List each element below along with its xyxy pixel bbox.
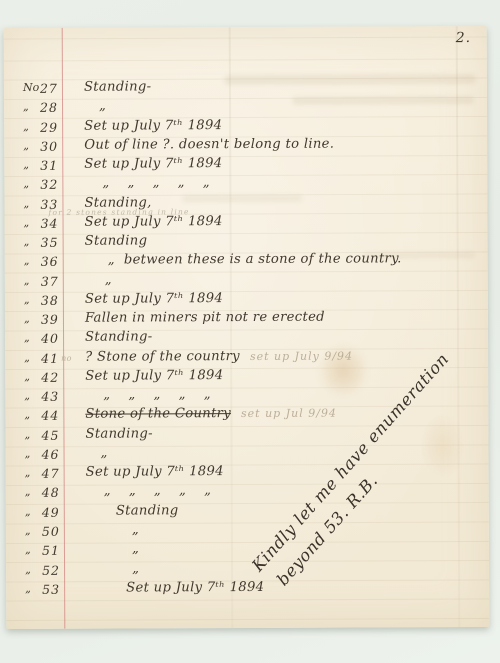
row-entry-text: „ between these is a stone of the countr… bbox=[108, 252, 402, 268]
row-entry-text: Set up July 7ᵗʰ 1894 bbox=[126, 580, 264, 596]
row-number: 45 bbox=[41, 427, 59, 442]
row-number: 37 bbox=[41, 273, 59, 288]
row-number-ditto: „ bbox=[24, 312, 30, 325]
row-number: 53 bbox=[42, 582, 60, 597]
row-entry-text: Standing- bbox=[84, 79, 152, 94]
row-number-ditto: „ bbox=[23, 139, 29, 152]
row-entry: „ „ „ „ „ bbox=[104, 484, 212, 499]
row-entry-text: Set up July 7ᵗʰ 1894 bbox=[84, 156, 222, 172]
row-number-ditto: „ bbox=[24, 216, 30, 229]
row-number: 39 bbox=[41, 312, 59, 327]
row-entry: „ bbox=[132, 542, 139, 557]
row-number: 40 bbox=[41, 331, 59, 346]
document-page: 2. No 27 Standing- „ 28 „ „ 29 Set up Ju… bbox=[4, 26, 490, 629]
ledger-row: „ 39 Fallen in miners pit not re erected bbox=[5, 310, 488, 331]
row-entry-text: Standing- bbox=[85, 426, 153, 441]
row-number: 47 bbox=[42, 466, 60, 481]
row-number: 36 bbox=[41, 254, 59, 269]
ledger-row: „ 48 „ „ „ „ „ bbox=[6, 483, 489, 504]
row-entry-text: Standing bbox=[85, 234, 148, 249]
row-entry: no? Stone of the countryset up July 9/94 bbox=[85, 348, 353, 364]
ledger-row: „ 52 „ bbox=[6, 560, 489, 581]
row-entry: Standing- bbox=[85, 330, 153, 345]
row-number-ditto: „ bbox=[24, 428, 30, 441]
row-entry-text: Set up July 7ᵗʰ 1894 bbox=[85, 291, 223, 307]
row-number: 44 bbox=[41, 408, 59, 423]
pencil-annotation-prefix: no bbox=[61, 353, 72, 362]
row-number-ditto: „ bbox=[24, 274, 30, 287]
ledger-row: „ 35 Standing bbox=[5, 233, 488, 254]
row-entry-text: „ bbox=[101, 446, 108, 461]
row-number-ditto: „ bbox=[23, 177, 29, 190]
row-number: 51 bbox=[42, 543, 60, 558]
row-number-ditto: „ bbox=[25, 562, 31, 575]
row-number: 38 bbox=[41, 293, 59, 308]
row-number-ditto: „ bbox=[23, 196, 29, 209]
row-number: 34 bbox=[41, 216, 59, 231]
row-entry-text: Standing- bbox=[85, 330, 153, 345]
pencil-annotation: set up July 9/94 bbox=[250, 349, 353, 362]
row-entry: Standing- bbox=[84, 79, 152, 94]
row-entry: Standing bbox=[85, 234, 148, 249]
ledger-row: „ 49 Standing bbox=[6, 503, 489, 524]
row-entry-text: „ bbox=[132, 561, 139, 576]
row-entry: Set up July 7ᵗʰ 1894 bbox=[85, 291, 223, 307]
row-number-ditto: „ bbox=[24, 254, 30, 267]
row-entry: „ bbox=[101, 446, 108, 461]
row-number-ditto: „ bbox=[25, 543, 31, 556]
ledger-row: „ 31 Set up July 7ᵗʰ 1894 bbox=[4, 156, 487, 177]
row-number: 43 bbox=[41, 389, 59, 404]
row-number: 41 bbox=[41, 350, 59, 365]
row-entry: Standing bbox=[116, 503, 179, 518]
row-entry: „ bbox=[105, 272, 112, 287]
row-number-ditto: „ bbox=[25, 582, 31, 595]
row-number: 42 bbox=[41, 370, 59, 385]
row-entry-text: Stone of the Country bbox=[85, 406, 231, 422]
row-number-ditto: „ bbox=[25, 485, 31, 498]
ledger-row: „ 34 Set up July 7ᵗʰ 1894 bbox=[5, 214, 488, 235]
pencil-note-under-33: for 2 stones standing in line bbox=[48, 207, 189, 217]
row-entry-text: „ „ „ „ „ bbox=[102, 175, 210, 190]
ledger-row: „ 32 „ „ „ „ „ bbox=[4, 175, 487, 196]
scanned-document: 2. No 27 Standing- „ 28 „ „ 29 Set up Ju… bbox=[0, 0, 500, 663]
ledger-row: No 27 Standing- bbox=[4, 79, 487, 100]
ledger-row: „ 38 Set up July 7ᵗʰ 1894 bbox=[5, 291, 488, 312]
row-entry: Set up July 7ᵗʰ 1894 bbox=[84, 156, 222, 172]
row-entry: „ bbox=[132, 561, 139, 576]
row-number-ditto: „ bbox=[24, 408, 30, 421]
row-entry-text: Fallen in miners pit not re erected bbox=[85, 310, 325, 326]
row-number: 29 bbox=[40, 119, 58, 134]
ledger-row: „ 28 „ bbox=[4, 98, 487, 119]
row-entry-text: „ bbox=[105, 272, 112, 287]
row-number-ditto: „ bbox=[23, 100, 29, 113]
row-number: 52 bbox=[42, 562, 60, 577]
row-number: 48 bbox=[42, 485, 60, 500]
row-entry: Fallen in miners pit not re erected bbox=[85, 310, 325, 326]
row-number-ditto: „ bbox=[24, 351, 30, 364]
ledger-row: „ 36 „ between these is a stone of the c… bbox=[5, 252, 488, 273]
row-entry-text: Set up July 7ᵗʰ 1894 bbox=[84, 118, 222, 134]
row-entry: Stone of the Countryset up Jul 9/94 bbox=[85, 406, 337, 422]
row-entry-text: „ bbox=[132, 542, 139, 557]
row-entry-text: „ „ „ „ „ bbox=[103, 387, 211, 402]
row-entry-text: „ „ „ „ „ bbox=[104, 484, 212, 499]
row-number-ditto: „ bbox=[23, 158, 29, 171]
row-number-ditto: „ bbox=[25, 466, 31, 479]
row-number-ditto: „ bbox=[25, 447, 31, 460]
row-number-ditto: No bbox=[23, 81, 39, 94]
row-number-ditto: „ bbox=[24, 370, 30, 383]
row-number-ditto: „ bbox=[24, 331, 30, 344]
row-number-ditto: „ bbox=[25, 505, 31, 518]
ledger-row: „ 37 „ bbox=[5, 272, 488, 293]
row-entry-text: Standing bbox=[116, 503, 179, 518]
row-entry-text: ? Stone of the country bbox=[85, 349, 240, 365]
ledger-row: „ 41 no? Stone of the countryset up July… bbox=[5, 349, 488, 370]
row-number: 46 bbox=[42, 447, 60, 462]
row-entry: „ bbox=[99, 99, 106, 114]
row-number-ditto: „ bbox=[24, 293, 30, 306]
row-number-ditto: „ bbox=[25, 524, 31, 537]
ledger-row: „ 40 Standing- bbox=[5, 329, 488, 350]
row-entry: „ between these is a stone of the countr… bbox=[108, 252, 402, 268]
row-number-ditto: „ bbox=[23, 119, 29, 132]
ledger-row: „ 53 Set up July 7ᵗʰ 1894 bbox=[6, 580, 489, 601]
ledger-row: „ 50 „ bbox=[6, 522, 489, 543]
row-entry-text: „ bbox=[132, 522, 139, 537]
row-number: 30 bbox=[40, 139, 58, 154]
row-entry: Out of line ?. doesn't belong to line. bbox=[84, 136, 334, 152]
page-number: 2. bbox=[456, 30, 471, 46]
row-number-ditto: „ bbox=[24, 235, 30, 248]
row-entry: „ „ „ „ „ bbox=[103, 387, 211, 402]
row-number: 35 bbox=[41, 235, 59, 250]
row-entry: Set up July 7ᵗʰ 1894 bbox=[86, 464, 224, 480]
row-entry-text: Set up July 7ᵗʰ 1894 bbox=[85, 368, 223, 384]
row-number: 50 bbox=[42, 524, 60, 539]
row-number: 31 bbox=[40, 158, 58, 173]
ledger-row: „ 30 Out of line ?. doesn't belong to li… bbox=[4, 137, 487, 158]
row-entry: Set up July 7ᵗʰ 1894 bbox=[84, 118, 222, 134]
row-number: 27 bbox=[40, 81, 58, 96]
row-entry: „ bbox=[132, 522, 139, 537]
row-entry: Set up July 7ᵗʰ 1894 bbox=[126, 580, 264, 596]
row-entry: „ „ „ „ „ bbox=[102, 175, 210, 190]
row-number: 32 bbox=[40, 177, 58, 192]
row-entry: Set up July 7ᵗʰ 1894 bbox=[85, 368, 223, 384]
row-entry-text: Set up July 7ᵗʰ 1894 bbox=[86, 464, 224, 480]
row-number: 28 bbox=[40, 100, 58, 115]
row-entry-text: Out of line ?. doesn't belong to line. bbox=[84, 136, 334, 152]
row-number-ditto: „ bbox=[24, 389, 30, 402]
ledger-row: „ 47 Set up July 7ᵗʰ 1894 bbox=[6, 464, 489, 485]
ledger-row: „ 29 Set up July 7ᵗʰ 1894 bbox=[4, 117, 487, 138]
row-entry-text: „ bbox=[99, 99, 106, 114]
row-number: 49 bbox=[42, 505, 60, 520]
pencil-annotation: set up Jul 9/94 bbox=[241, 407, 337, 420]
row-entry: Standing- bbox=[85, 426, 153, 441]
